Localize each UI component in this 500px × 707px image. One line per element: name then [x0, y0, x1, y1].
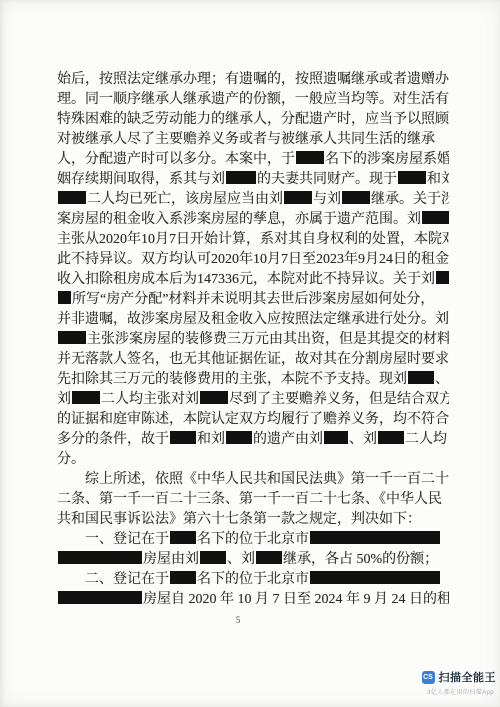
redaction-bar — [58, 331, 86, 344]
document-line: 多分的条件，故于和刘的遗产由刘、刘二人均 — [57, 430, 449, 450]
text-segment: 收入扣除租房成本后为147336元，本院对此不持异议。关于刘 — [57, 272, 435, 287]
text-segment: 二人均主张对刘 — [101, 392, 199, 407]
text-segment: 共和国民事诉讼法》第六十七条第一款之规定，判决如下： — [57, 512, 421, 527]
document-line: 姻存续期间取得，系其与刘的夫妻共同财产。现于和刘 — [57, 170, 449, 190]
text-segment: 名下的位于北京市 — [197, 572, 309, 587]
watermark-subtitle: 3亿人都在用的扫描App — [386, 687, 496, 696]
text-segment: 名下的位于北京市 — [197, 532, 309, 547]
text-segment: 尽到了主要赡养义务，但是结合双方 — [229, 392, 449, 407]
document-line: 的证据和庭审陈述，本院认定双方均履行了赡养义务，均不符合 — [57, 410, 449, 430]
text-segment: 和刘 — [197, 432, 225, 447]
text-segment: 二条、第一千一百二十三条、第一千一百二十七条、《中华人民 — [57, 492, 442, 507]
document-line: 主张涉案房屋的装修费三万元由其出资，但是其提交的材料 — [57, 330, 449, 350]
redaction-bar — [58, 551, 142, 564]
text-segment: 和刘 — [427, 172, 449, 187]
scanned-document-page: 始后，按照法定继承办理；有遗嘱的，按照遗嘱继承或者遗赠办理。同一顺序继承人继承遗… — [0, 0, 500, 707]
redaction-bar — [310, 571, 440, 584]
document-line: 始后，按照法定继承办理；有遗嘱的，按照遗嘱继承或者遗赠办 — [57, 70, 449, 90]
document-line: 所写“房产分配”材料并未说明其去世后涉案房屋如何处分， — [57, 290, 449, 310]
redaction-bar — [378, 431, 404, 444]
text-segment: 房屋由刘 — [143, 552, 199, 567]
text-segment: 主张涉案房屋的装修费三万元由其出资，但是其提交的材料 — [87, 332, 449, 347]
document-line: 二、登记在于名下的位于北京市 — [57, 570, 449, 590]
redaction-bar — [342, 191, 370, 204]
text-segment: 先扣除其三万元的装修费用的主张，本院不予支持。现刘 — [57, 372, 407, 387]
redaction-bar — [436, 271, 449, 284]
watermark-logo-row: CS 扫描全能王 — [386, 669, 496, 685]
camscanner-watermark: CS 扫描全能王 3亿人都在用的扫描App — [386, 669, 496, 696]
camscanner-logo-icon: CS — [422, 671, 435, 684]
text-segment: 特殊困难的缺乏劳动能力的继承人，分配遗产时，应当予以照顾。 — [57, 112, 449, 127]
text-segment: 姻存续期间取得，系其与刘 — [57, 172, 225, 187]
redaction-bar — [200, 551, 226, 564]
text-segment: 分。 — [57, 452, 85, 467]
text-segment: 二人均已死亡，该房屋应当由刘 — [87, 192, 283, 207]
text-segment: 的夫妻共同财产。现于 — [257, 172, 397, 187]
document-line: 并非遗嘱，故涉案房屋及租金收入应按照法定继承进行处分。刘 — [57, 310, 449, 330]
document-line: 理。同一顺序继承人继承遗产的份额，一般应当均等。对生活有 — [57, 90, 449, 110]
text-segment: 理。同一顺序继承人继承遗产的份额，一般应当均等。对生活有 — [57, 92, 449, 107]
document-line: 收入扣除租房成本后为147336元，本院对此不持异议。关于刘 — [57, 270, 449, 290]
text-segment: 综上所述，依照《中华人民共和国民法典》第一千一百二十 — [85, 472, 449, 487]
redaction-bar — [324, 431, 348, 444]
text-segment: 、刘 — [349, 432, 377, 447]
text-segment: 案房屋的租金收入系涉案房屋的孳息，亦属于遗产范围。刘 — [57, 212, 421, 227]
text-segment: 多分的条件，故于 — [57, 432, 169, 447]
text-segment: 所写“房产分配”材料并未说明其去世后涉案房屋如何处分， — [72, 292, 434, 307]
text-segment: 一、登记在于 — [85, 532, 169, 547]
watermark-title: 扫描全能王 — [439, 669, 497, 685]
document-line: 二人均已死亡，该房屋应当由刘与刘继承。关于涉 — [57, 190, 449, 210]
redaction-bar — [422, 211, 449, 224]
redaction-bar — [72, 391, 100, 404]
text-segment: 二、登记在于 — [85, 572, 169, 587]
redaction-bar — [58, 191, 86, 204]
redaction-bar — [310, 531, 440, 544]
text-segment: 继承。关于涉 — [371, 192, 449, 207]
document-line: 对被继承人尽了主要赡养义务或者与被继承人共同生活的继承 — [57, 130, 449, 150]
document-line: 分。 — [57, 450, 449, 470]
redaction-bar — [408, 371, 434, 384]
redaction-bar — [398, 171, 426, 184]
redaction-bar — [170, 571, 196, 584]
text-segment: 主张从2020年10月7日开始计算，系对其自身权利的处置，本院对 — [57, 232, 449, 247]
text-segment: 并无落款人签名，也无其他证据佐证，故对其在分割房屋时要求 — [57, 352, 449, 367]
redaction-bar — [200, 391, 228, 404]
text-segment: 此不持异议。双方均认可2020年10月7日至2023年9月24日的租金 — [57, 252, 449, 267]
document-line: 刘二人均主张对刘尽到了主要赡养义务，但是结合双方 — [57, 390, 449, 410]
redaction-bar — [58, 591, 142, 604]
document-line: 综上所述，依照《中华人民共和国民法典》第一千一百二十 — [57, 470, 449, 490]
redaction-bar — [256, 551, 282, 564]
document-line: 房屋自 2020 年 10 月 7 日至 2024 年 9 月 24 日的租金 — [57, 590, 449, 610]
document-line: 共和国民事诉讼法》第六十七条第一款之规定，判决如下： — [57, 510, 449, 530]
document-line: 此不持异议。双方均认可2020年10月7日至2023年9月24日的租金 — [57, 250, 449, 270]
redaction-bar — [170, 431, 196, 444]
text-segment: 的证据和庭审陈述，本院认定双方均履行了赡养义务，均不符合 — [57, 412, 449, 427]
text-segment: 名下的涉案房屋系婚 — [325, 152, 449, 167]
text-segment: 对被继承人尽了主要赡养义务或者与被继承人共同生活的继承 — [57, 132, 435, 147]
text-segment: 、 — [435, 372, 449, 387]
document-line: 先扣除其三万元的装修费用的主张，本院不予支持。现刘、 — [57, 370, 449, 390]
redaction-bar — [284, 191, 312, 204]
document-line: 特殊困难的缺乏劳动能力的继承人，分配遗产时，应当予以照顾。 — [57, 110, 449, 130]
document-line: 二条、第一千一百二十三条、第一千一百二十七条、《中华人民 — [57, 490, 449, 510]
redaction-bar — [226, 431, 252, 444]
text-segment: 继承，各占 50%的份额； — [283, 552, 438, 567]
page-number: 5 — [57, 615, 419, 625]
redaction-bar — [58, 291, 71, 304]
document-text-block: 始后，按照法定继承办理；有遗嘱的，按照遗嘱继承或者遗赠办理。同一顺序继承人继承遗… — [57, 70, 449, 610]
text-segment: 并非遗嘱，故涉案房屋及租金收入应按照法定继承进行处分。刘 — [57, 312, 449, 327]
text-segment: 与刘 — [313, 192, 341, 207]
document-line: 一、登记在于名下的位于北京市 — [57, 530, 449, 550]
document-line: 房屋由刘、刘继承，各占 50%的份额； — [57, 550, 449, 570]
text-segment: 房屋自 2020 年 10 月 7 日至 2024 年 9 月 24 日的租金 — [143, 592, 449, 607]
document-line: 人，分配遗产时可以多分。本案中，于名下的涉案房屋系婚 — [57, 150, 449, 170]
document-line: 案房屋的租金收入系涉案房屋的孳息，亦属于遗产范围。刘 — [57, 210, 449, 230]
redaction-bar — [170, 531, 196, 544]
redaction-bar — [296, 151, 324, 164]
document-line: 主张从2020年10月7日开始计算，系对其自身权利的处置，本院对 — [57, 230, 449, 250]
text-segment: 、刘 — [227, 552, 255, 567]
text-segment: 的遗产由刘 — [253, 432, 323, 447]
text-segment: 始后，按照法定继承办理；有遗嘱的，按照遗嘱继承或者遗赠办 — [57, 72, 449, 87]
text-segment: 刘 — [57, 392, 71, 407]
text-segment: 二人均 — [405, 432, 447, 447]
text-segment: 人，分配遗产时可以多分。本案中，于 — [57, 152, 295, 167]
redaction-bar — [226, 171, 256, 184]
document-line: 并无落款人签名，也无其他证据佐证，故对其在分割房屋时要求 — [57, 350, 449, 370]
